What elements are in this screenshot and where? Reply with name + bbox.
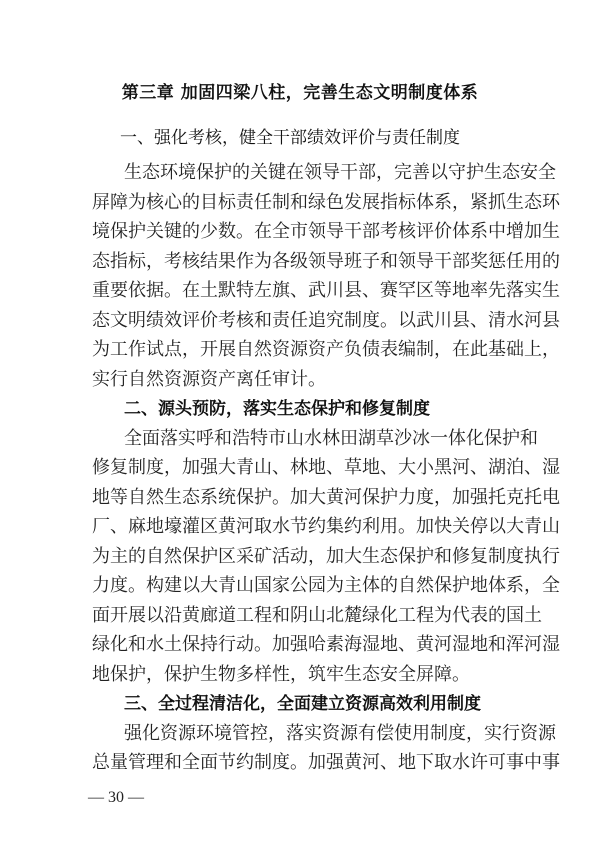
paragraph-line: 为主的自然保护区采矿活动，加大生态保护和修复制度执行 [92, 545, 512, 569]
paragraph-line: 厂、麻地壕灌区黄河取水节约集约利用。加快关停以大青山 [92, 515, 512, 539]
paragraph-line: 生态环境保护的关键在领导干部，完善以守护生态安全 [124, 161, 512, 185]
paragraph-line: 态指标，考核结果作为各级领导班子和领导干部奖惩任用的 [92, 250, 512, 274]
paragraph-line: 地等自然生态系统保护。加大黄河保护力度，加强托克托电 [92, 486, 512, 510]
paragraph-line: 态文明绩效评价考核和责任追究制度。以武川县、清水河县 [92, 309, 512, 333]
paragraph-line: 强化资源环境管控，落实资源有偿使用制度，实行资源 [124, 722, 512, 746]
paragraph-line: 面开展以沿黄廊道工程和阴山北麓绿化工程为代表的国土 [92, 604, 512, 628]
paragraph-line: 实行自然资源资产离任审计。 [92, 368, 512, 392]
section-heading-2: 二、源头预防，落实生态保护和修复制度 [124, 397, 430, 421]
paragraph-line: 境保护关键的少数。在全市领导干部考核评价体系中增加生 [92, 220, 512, 244]
paragraph-line: 总量管理和全面节约制度。加强黄河、地下取水许可事中事 [92, 751, 512, 775]
section-heading-3: 三、全过程清洁化，全面建立资源高效利用制度 [124, 692, 481, 716]
paragraph-line: 地保护，保护生物多样性，筑牢生态安全屏障。 [92, 663, 512, 687]
paragraph-line: 重要依据。在土默特左旗、武川县、赛罕区等地率先落实生 [92, 279, 512, 303]
paragraph-line: 为工作试点，开展自然资源资产负债表编制，在此基础上， [92, 338, 512, 362]
paragraph-line: 修复制度，加强大青山、林地、草地、大小黑河、湖泊、湿 [92, 456, 512, 480]
paragraph-line: 全面落实呼和浩特市山水林田湖草沙冰一体化保护和 [124, 427, 512, 451]
document-page: 第三章 加固四梁八柱，完善生态文明制度体系 一、强化考核，健全干部绩效评价与责任… [0, 0, 600, 848]
paragraph-line: 绿化和水土保持行动。加强哈素海湿地、黄河湿地和浑河湿 [92, 633, 512, 657]
section-heading-1: 一、强化考核，健全干部绩效评价与责任制度 [120, 126, 460, 150]
paragraph-line: 屏障为核心的目标责任制和绿色发展指标体系，紧抓生态环 [92, 191, 512, 215]
paragraph-line: 力度。构建以大青山国家公园为主体的自然保护地体系，全 [92, 574, 512, 598]
chapter-title: 第三章 加固四梁八柱，完善生态文明制度体系 [0, 78, 600, 103]
page-number: — 30 — [88, 789, 144, 807]
